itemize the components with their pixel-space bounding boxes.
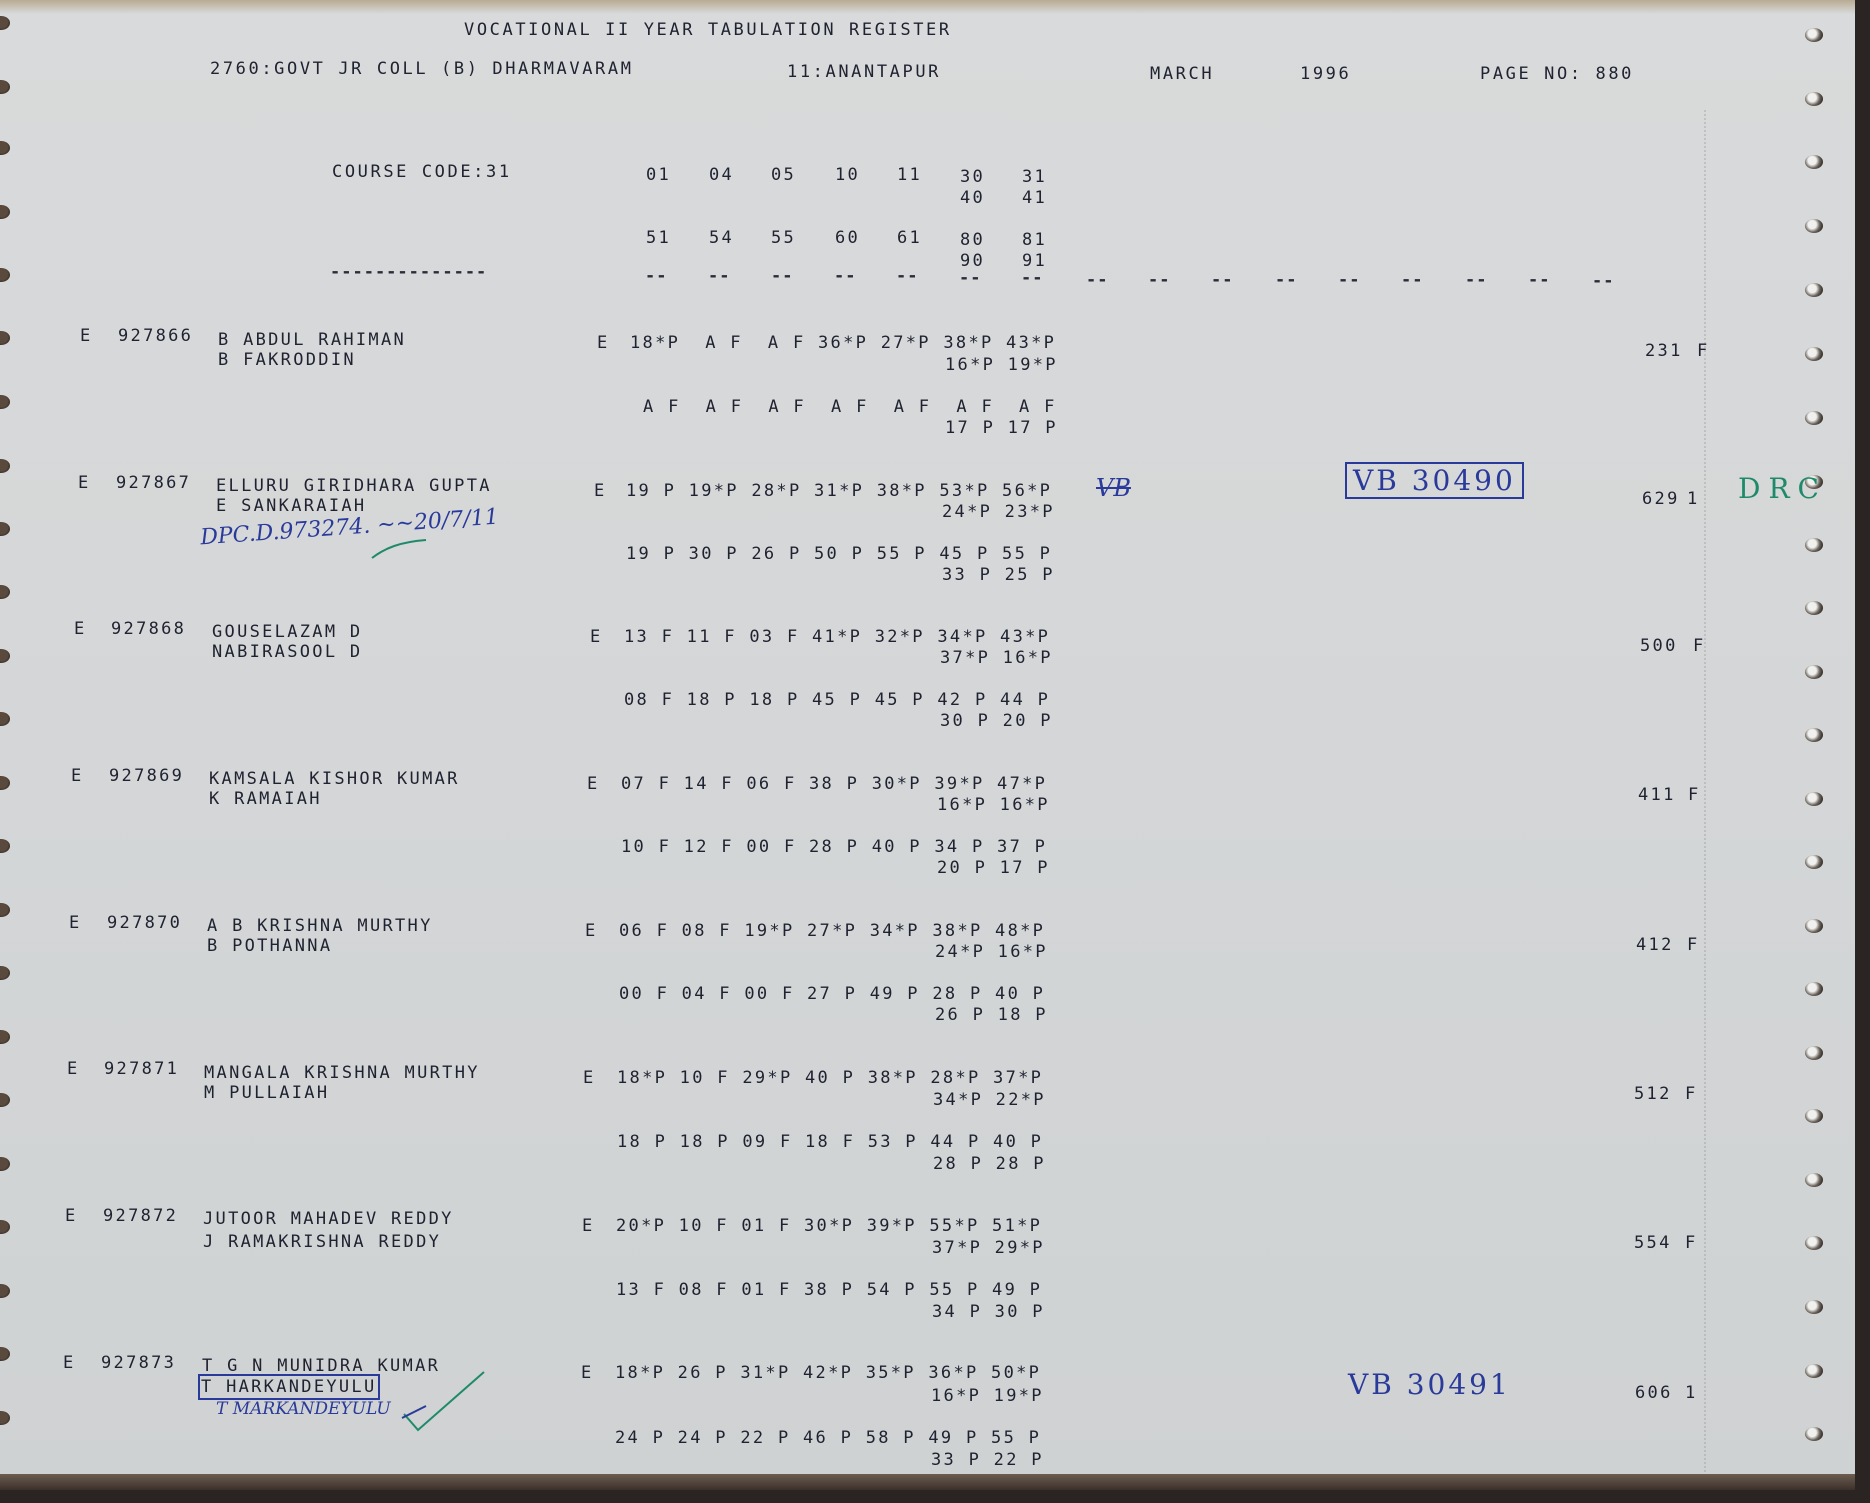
record-status: E	[69, 913, 82, 933]
exam-flag: E	[594, 481, 607, 501]
result: F	[1688, 785, 1701, 805]
marks-row-2: 13 F 08 F 01 F 38 P 54 P 55 P 49 P	[616, 1280, 1042, 1300]
handwritten-vb-boxed: VB 30490	[1345, 462, 1524, 499]
roll-number: 927867	[116, 473, 191, 493]
father-name: T HARKANDEYULU	[201, 1377, 377, 1397]
father-name: B FAKRODDIN	[218, 350, 356, 370]
roll-number: 927871	[104, 1059, 179, 1079]
marks-row-1: 06 F 08 F 19*P 27*P 34*P 38*P 48*P	[619, 921, 1045, 941]
district: 11:ANANTAPUR	[787, 62, 941, 82]
father-name: NABIRASOOL D	[212, 642, 362, 662]
exam-year: 1996	[1300, 64, 1351, 84]
exam-flag: E	[587, 774, 600, 794]
green-pen-stroke	[370, 530, 430, 560]
result: F	[1685, 1084, 1698, 1104]
result: 1	[1687, 489, 1700, 509]
marks-row-2b: 34 P 30 P	[932, 1302, 1045, 1322]
result: F	[1693, 636, 1706, 656]
total-marks: 606	[1635, 1383, 1673, 1403]
page-number: PAGE NO: 880	[1480, 64, 1634, 84]
perforation-line	[1704, 110, 1707, 1480]
total-marks: 231	[1645, 341, 1683, 361]
marks-row-2b: 33 P 22 P	[931, 1450, 1044, 1470]
record-status: E	[74, 619, 87, 639]
father-name: B POTHANNA	[207, 936, 332, 956]
roll-number: 927866	[118, 326, 193, 346]
total-marks: 411	[1638, 785, 1676, 805]
student-name: B ABDUL RAHIMAN	[218, 330, 406, 350]
student-name: A B KRISHNA MURTHY	[207, 916, 433, 936]
marks-row-2b: 28 P 28 P	[933, 1154, 1046, 1174]
father-name: M PULLAIAH	[204, 1083, 329, 1103]
marks-row-1b: 37*P 16*P	[940, 648, 1053, 668]
exam-flag: E	[583, 1068, 596, 1088]
marks-row-2b: 26 P 18 P	[935, 1005, 1048, 1025]
handwritten-vb-second: VB 30491	[1348, 1368, 1511, 1401]
record-status: E	[78, 473, 91, 493]
handwritten-name-correction: T MARKANDEYULU	[216, 1399, 391, 1419]
total-marks: 412	[1636, 935, 1674, 955]
marks-row-2: A F A F A F A F A F A F A F	[643, 397, 1057, 417]
handwritten-vb-struck: VB	[1096, 474, 1131, 502]
record-status: E	[63, 1353, 76, 1373]
marks-row-1b: 24*P 23*P	[942, 502, 1055, 522]
total-marks: 512	[1634, 1084, 1672, 1104]
result: F	[1697, 341, 1710, 361]
marks-row-1: 18*P 26 P 31*P 42*P 35*P 36*P 50*P	[615, 1363, 1041, 1383]
student-name: ELLURU GIRIDHARA GUPTA	[216, 476, 492, 496]
exam-flag: E	[597, 333, 610, 353]
result: F	[1687, 935, 1700, 955]
marks-row-2b: 20 P 17 P	[937, 858, 1050, 878]
roll-number: 927869	[109, 766, 184, 786]
student-name: JUTOOR MAHADEV REDDY	[203, 1209, 454, 1229]
marks-row-1b: 16*P 16*P	[937, 795, 1050, 815]
course-code: COURSE CODE:31	[332, 162, 512, 182]
marks-row-1b: 34*P 22*P	[933, 1090, 1046, 1110]
exam-flag: E	[590, 627, 603, 647]
result: F	[1685, 1233, 1698, 1253]
marks-row-1: 18*P 10 F 29*P 40 P 38*P 28*P 37*P	[617, 1068, 1043, 1088]
roll-number: 927873	[101, 1353, 176, 1373]
total-marks: 500	[1640, 636, 1678, 656]
roll-number: 927872	[103, 1206, 178, 1226]
total-marks: 629	[1642, 489, 1680, 509]
father-name: K RAMAIAH	[209, 789, 322, 809]
exam-flag: E	[585, 921, 598, 941]
marks-row-2b: 33 P 25 P	[942, 565, 1055, 585]
marks-row-1b: 24*P 16*P	[935, 942, 1048, 962]
marks-row-2b: 30 P 20 P	[940, 711, 1053, 731]
tabulation-register-sheet: VOCATIONAL II YEAR TABULATION REGISTER 2…	[0, 0, 1855, 1490]
marks-row-2: 24 P 24 P 22 P 46 P 58 P 49 P 55 P	[615, 1428, 1041, 1448]
marks-row-1b: 37*P 29*P	[932, 1238, 1045, 1258]
exam-month: MARCH	[1150, 64, 1214, 84]
marks-row-2b: 17 P 17 P	[945, 418, 1058, 438]
marks-row-1b: 16*P 19*P	[931, 1386, 1044, 1406]
marks-row-1: 18*P A F A F 36*P 27*P 38*P 43*P	[630, 333, 1056, 353]
record-status: E	[67, 1059, 80, 1079]
student-name: KAMSALA KISHOR KUMAR	[209, 769, 460, 789]
record-status: E	[71, 766, 84, 786]
roll-number: 927870	[107, 913, 182, 933]
marks-row-2: 18 P 18 P 09 F 18 F 53 P 44 P 40 P	[617, 1132, 1043, 1152]
exam-flag: E	[581, 1363, 594, 1383]
roll-number: 927868	[111, 619, 186, 639]
marks-row-2: 19 P 30 P 26 P 50 P 55 P 45 P 55 P	[626, 544, 1052, 564]
right-feed-holes	[1805, 0, 1831, 1490]
marks-row-1: 19 P 19*P 28*P 31*P 38*P 53*P 56*P	[626, 481, 1052, 501]
marks-row-2: 10 F 12 F 00 F 28 P 40 P 34 P 37 P	[621, 837, 1047, 857]
marks-row-1: 20*P 10 F 01 F 30*P 39*P 55*P 51*P	[616, 1216, 1042, 1236]
marks-row-1: 13 F 11 F 03 F 41*P 32*P 34*P 43*P	[624, 627, 1050, 647]
student-name: GOUSELAZAM D	[212, 622, 362, 642]
left-feed-holes	[0, 0, 18, 1490]
result: 1	[1685, 1383, 1698, 1403]
marks-row-2: 00 F 04 F 00 F 27 P 49 P 28 P 40 P	[619, 984, 1045, 1004]
exam-flag: E	[582, 1216, 595, 1236]
sheet-bottom-edge	[0, 1474, 1855, 1490]
marks-row-1b: 16*P 19*P	[945, 355, 1058, 375]
marks-row-1: 07 F 14 F 06 F 38 P 30*P 39*P 47*P	[621, 774, 1047, 794]
total-marks: 554	[1634, 1233, 1672, 1253]
green-check-mark-icon	[400, 1370, 490, 1440]
record-status: E	[80, 326, 93, 346]
register-title: VOCATIONAL II YEAR TABULATION REGISTER	[464, 20, 952, 40]
father-name: E SANKARAIAH	[216, 496, 366, 516]
father-name: J RAMAKRISHNA REDDY	[203, 1232, 441, 1252]
college-name: 2760:GOVT JR COLL (B) DHARMAVARAM	[210, 59, 634, 79]
course-underline: --------------	[330, 262, 487, 282]
student-name: MANGALA KRISHNA MURTHY	[204, 1063, 480, 1083]
handwritten-drc: DRC	[1738, 472, 1827, 505]
marks-row-2: 08 F 18 P 18 P 45 P 45 P 42 P 44 P	[624, 690, 1050, 710]
record-status: E	[65, 1206, 78, 1226]
